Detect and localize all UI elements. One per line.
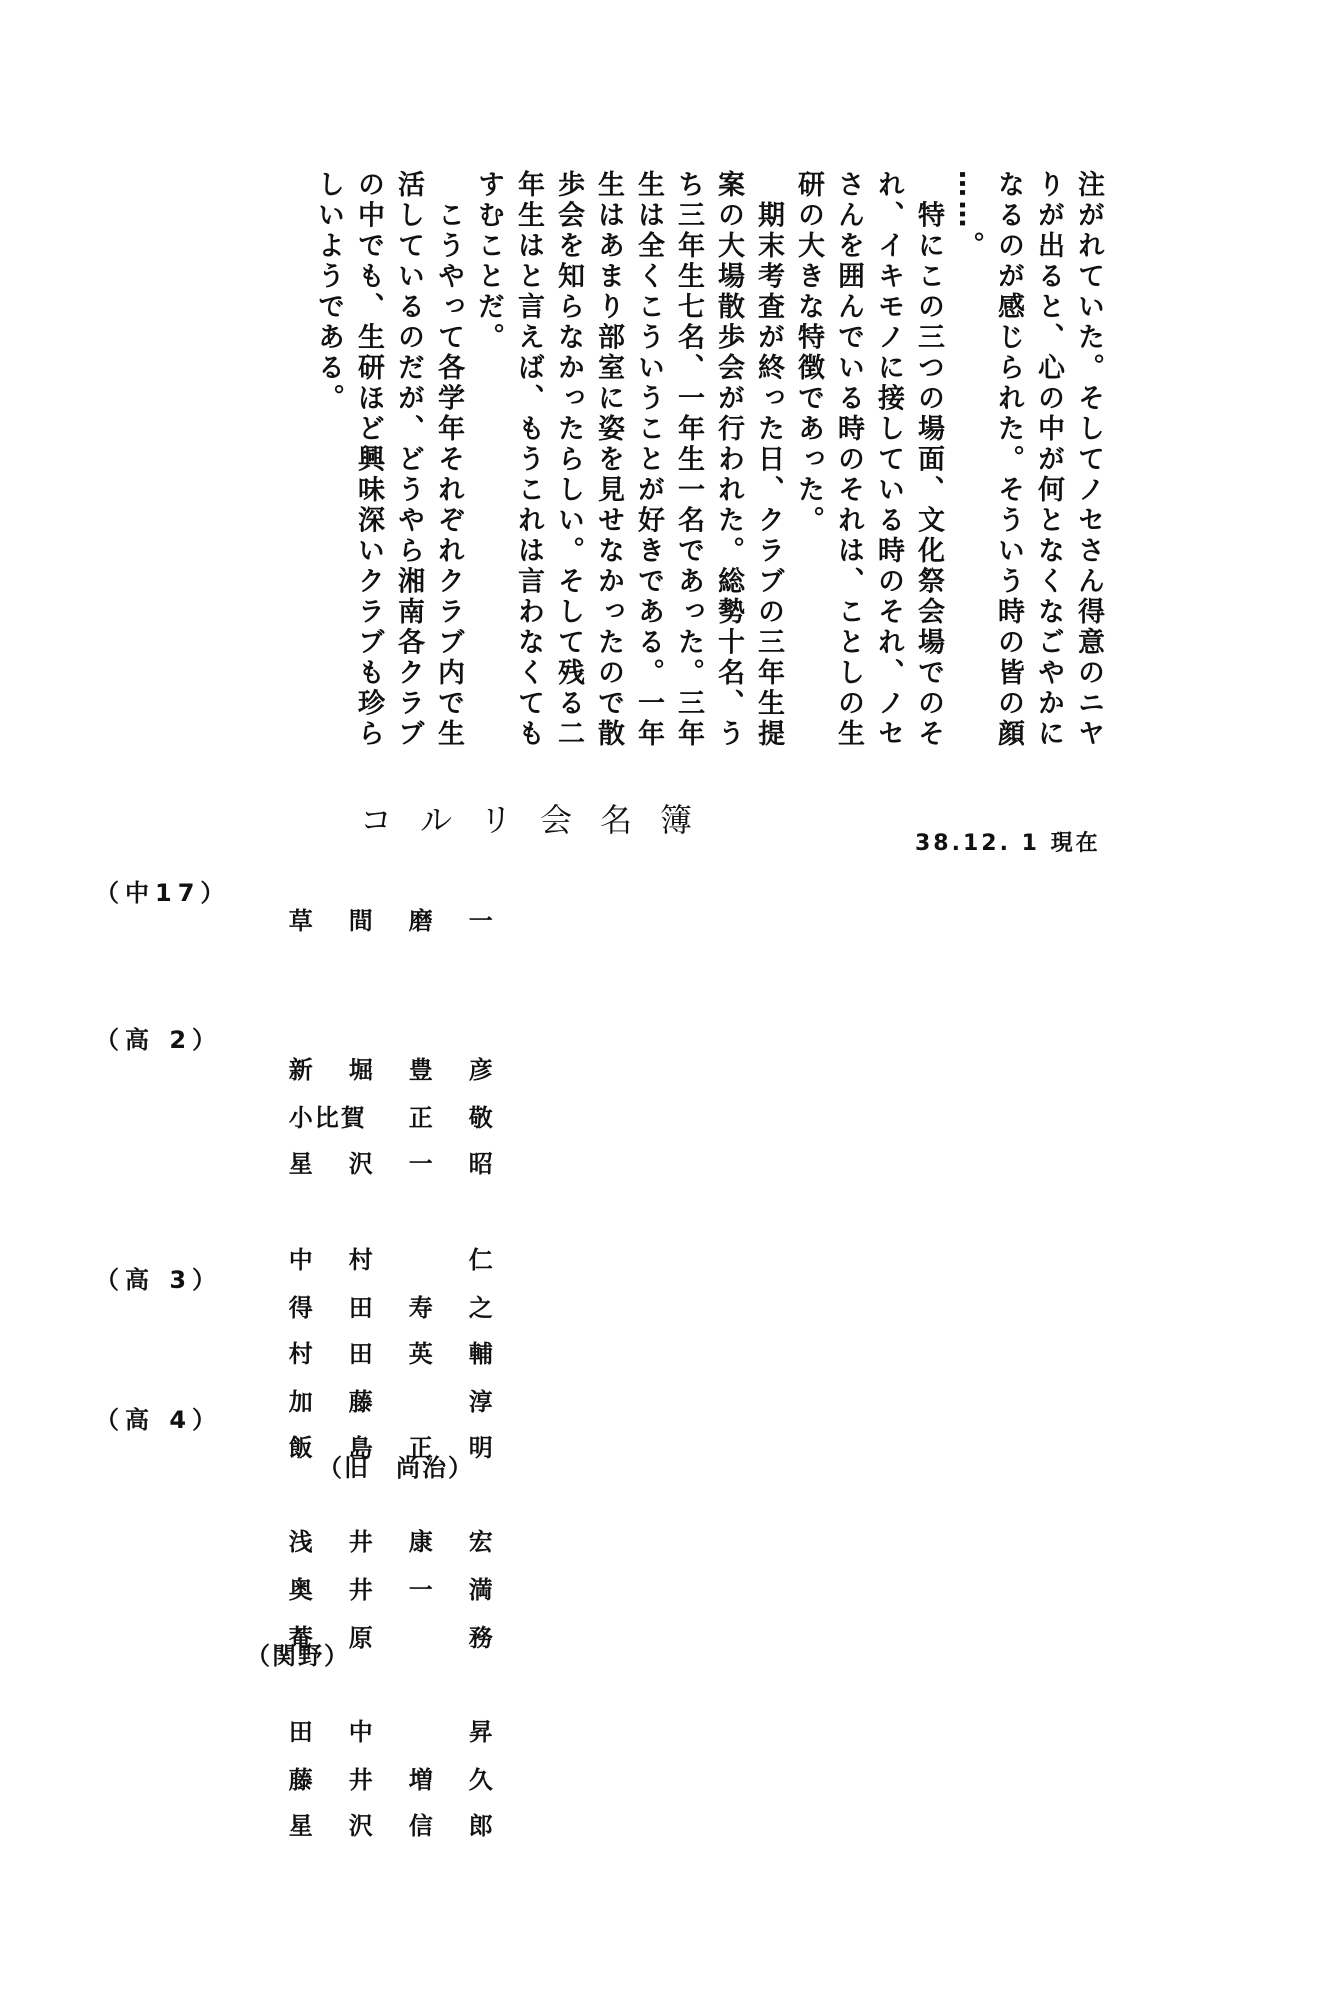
essay-column: の中でも、生研ほど興味深いクラブも珍ら: [348, 170, 388, 730]
group-label-ko2: （高 2）: [95, 1020, 222, 1055]
essay-column: すむことだ。: [468, 170, 508, 730]
name-char: 星: [289, 1144, 349, 1179]
group-label-chu17: （中17）: [95, 873, 230, 908]
essay-column: 研の大きな特徴であった。: [788, 170, 828, 730]
essay-column: しいようである。: [308, 170, 348, 730]
member-name: 草間磨一: [268, 873, 529, 936]
former-name-note: （関野）: [246, 1636, 350, 1671]
name-char: 務: [469, 1618, 529, 1653]
roster-title: コルリ会名簿: [360, 795, 720, 841]
essay-column: 期末考査が終った日、クラブの三年生提: [748, 170, 788, 730]
name-char: 信: [409, 1806, 469, 1841]
name-char: 昭: [469, 1144, 529, 1179]
name-char: 一: [409, 1144, 469, 1179]
former-name-note: （旧 尚治）: [318, 1448, 474, 1483]
group-label-ko4: （高 4）: [95, 1400, 222, 1435]
name-char: 沢: [349, 1806, 409, 1841]
essay-column: ……。: [948, 170, 988, 730]
name-char: 一: [469, 901, 529, 936]
essay-column: 生は全くこういうことが好きである。一年: [628, 170, 668, 730]
essay-column: 歩会を知らなかったらしい。そして残る二: [548, 170, 588, 730]
essay-column: ち三年生七名、一年生一名であった。三年: [668, 170, 708, 730]
member-name: 星沢一昭: [268, 1116, 529, 1179]
essay-vertical-text: 注がれていた。そしてノセさん得意のニヤ りが出ると、心の中が何となくなごやかに …: [318, 170, 1108, 730]
essay-column: 年生はと言えば、もうこれは言わなくても: [508, 170, 548, 730]
essay-column: さんを囲んでいる時のそれは、ことしの生: [828, 170, 868, 730]
group-label-ko3: （高 3）: [95, 1260, 222, 1295]
name-char: 明: [469, 1428, 529, 1463]
essay-column: 注がれていた。そしてノセさん得意のニヤ: [1068, 170, 1108, 730]
name-char: 間: [349, 901, 409, 936]
essay-column: こうやって各学年それぞれクラブ内で生: [428, 170, 468, 730]
name-char: 原: [349, 1618, 409, 1653]
essay-column: 案の大場散歩会が行われた。総勢十名、う: [708, 170, 748, 730]
name-char: 星: [289, 1806, 349, 1841]
name-char: 磨: [409, 901, 469, 936]
roster-as-of-date: 38.12. 1 現在: [915, 826, 1101, 857]
essay-column: りが出ると、心の中が何となくなごやかに: [1028, 170, 1068, 730]
essay-column: れ、イキモノに接している時のそれ、ノセ: [868, 170, 908, 730]
name-char: 草: [289, 901, 349, 936]
essay-column: 特にこの三つの場面、文化祭会場でのそ: [908, 170, 948, 730]
essay-column: 生はあまり部室に姿を見せなかったので散: [588, 170, 628, 730]
essay-column: 活しているのだが、どうやら湘南各クラブ: [388, 170, 428, 730]
name-char: 沢: [349, 1144, 409, 1179]
member-name: 星沢信郎: [268, 1778, 529, 1841]
name-char: 郎: [469, 1806, 529, 1841]
essay-column: なるのが感じられた。そういう時の皆の顔: [988, 170, 1028, 730]
